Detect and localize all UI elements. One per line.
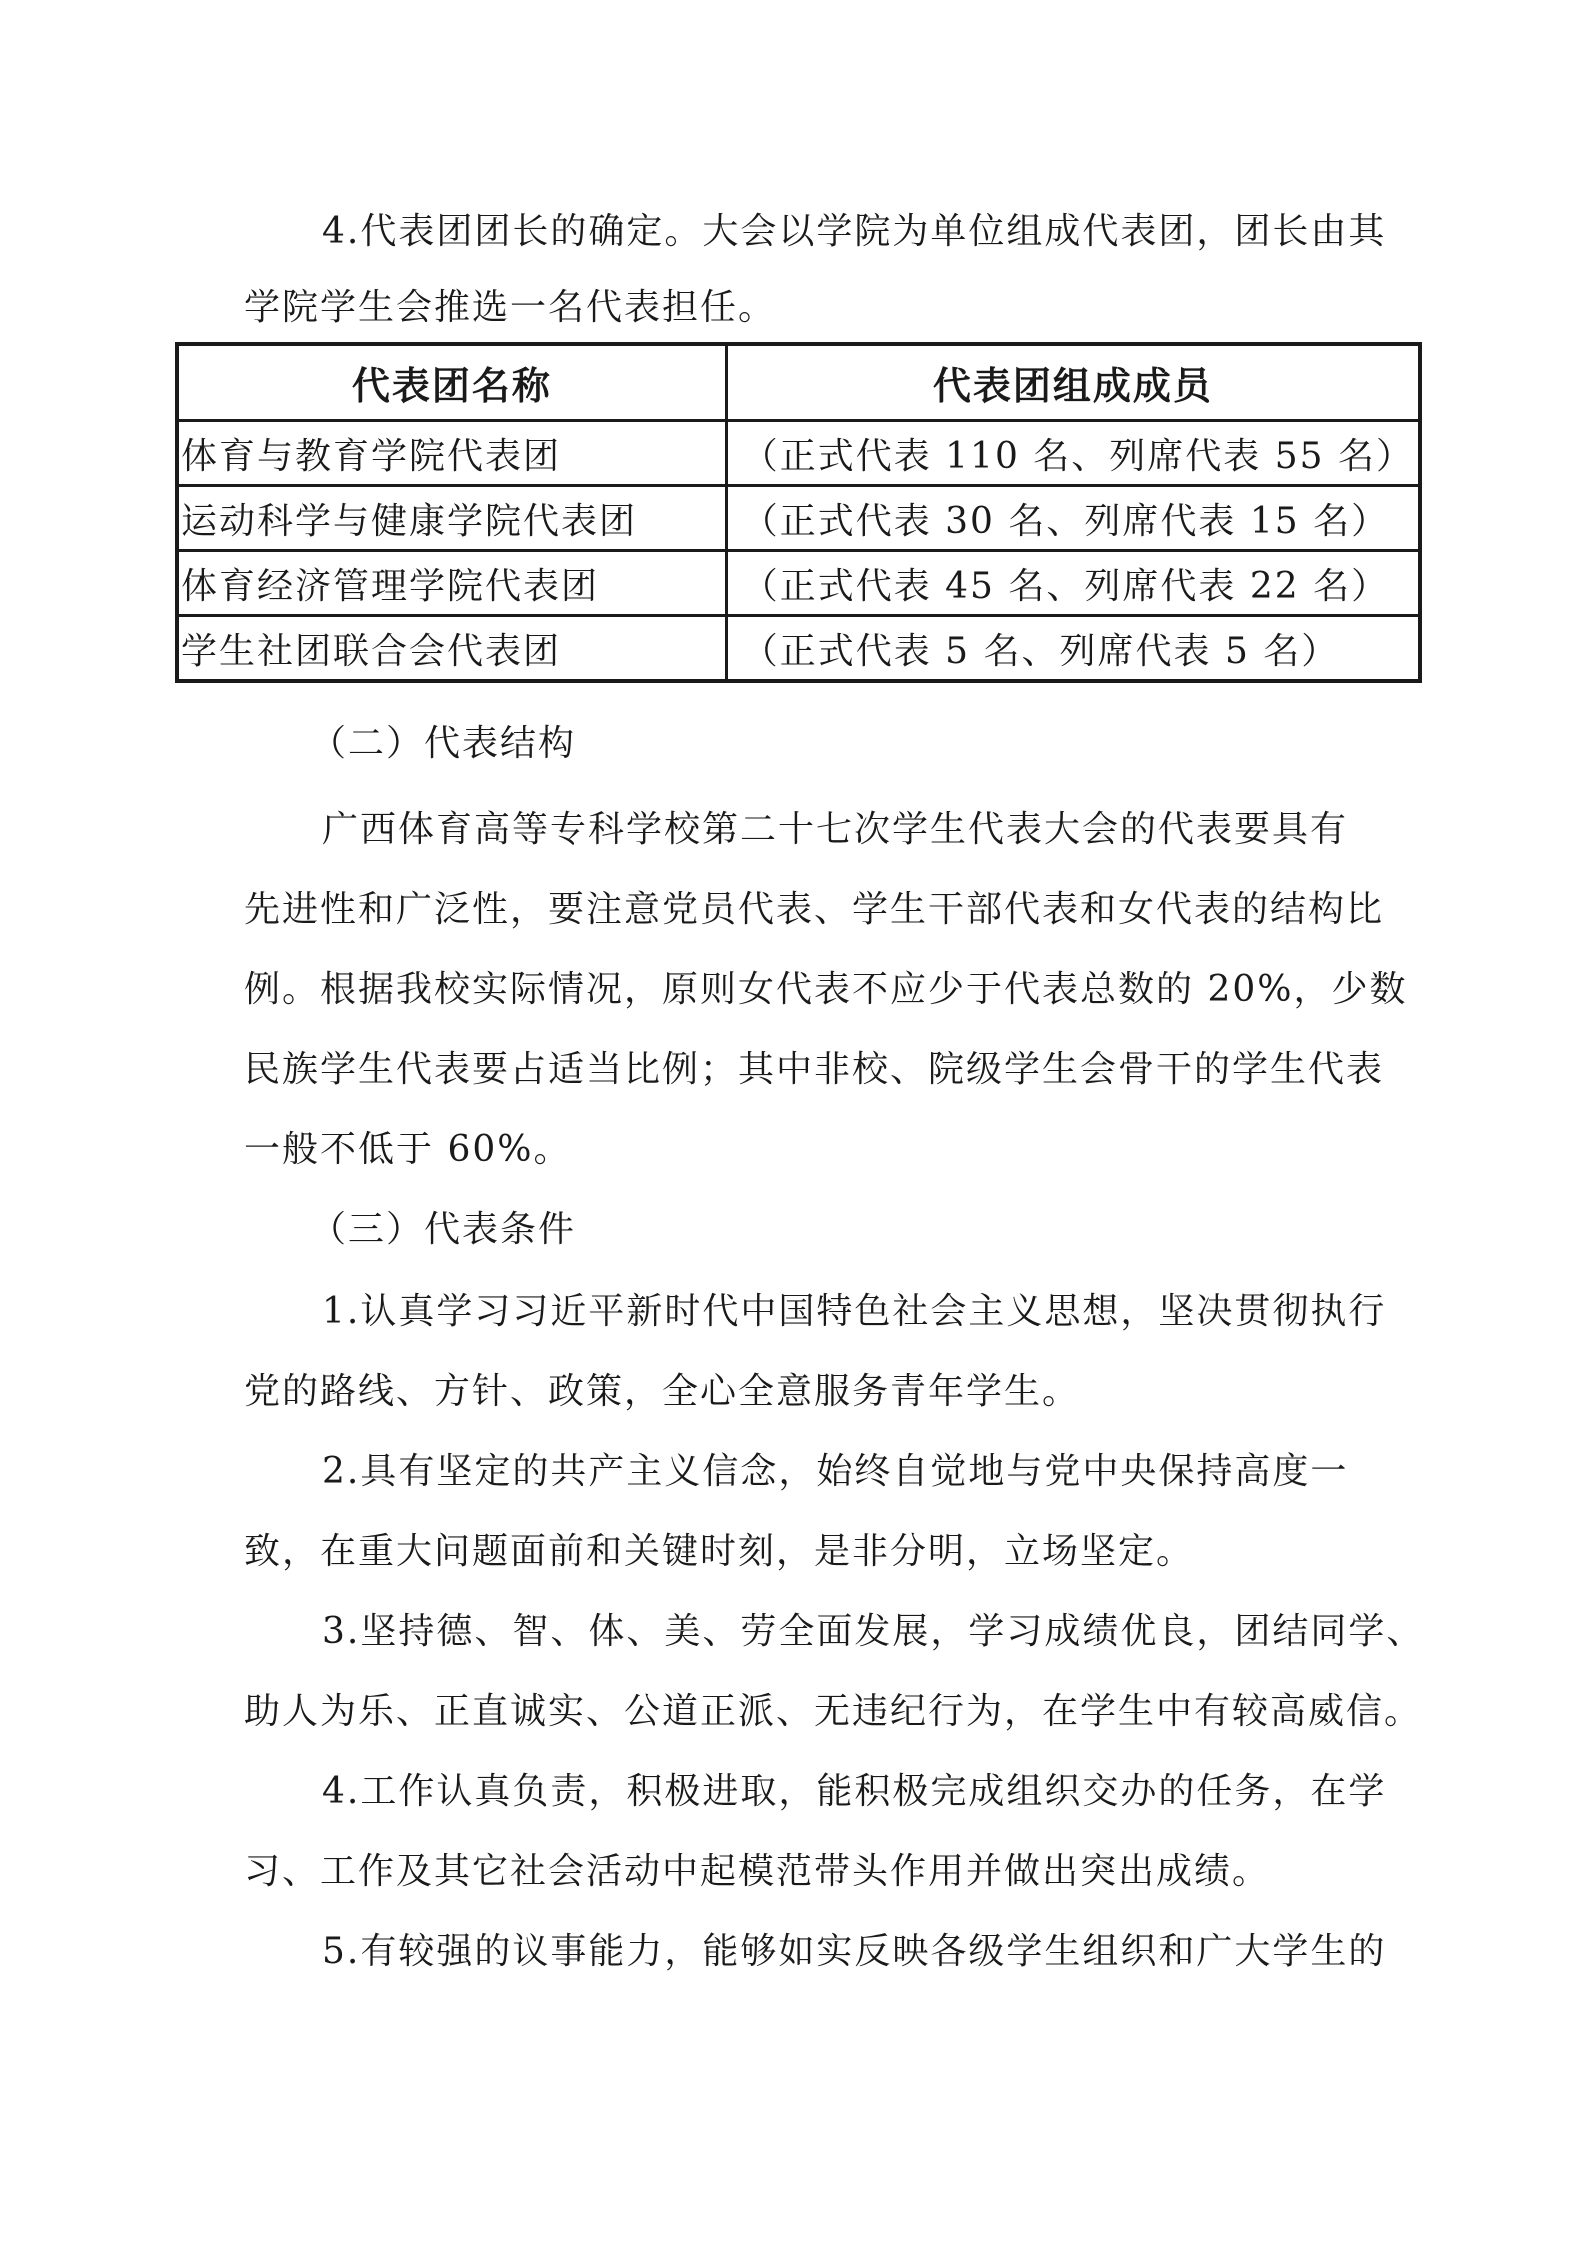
delegation-members: （正式代表 45 名、列席代表 22 名） xyxy=(726,551,1420,616)
table-row: 体育与教育学院代表团 （正式代表 110 名、列席代表 55 名） xyxy=(177,421,1420,486)
column-header-delegation-members: 代表团组成成员 xyxy=(726,344,1420,421)
section-heading-structure: （二）代表结构 xyxy=(310,722,576,766)
delegation-name: 体育与教育学院代表团 xyxy=(177,421,726,486)
condition-line: 4.工作认真负责，积极进取，能积极完成组织交办的任务，在学 xyxy=(322,1770,1386,1814)
condition-line: 党的路线、方针、政策，全心全意服务青年学生。 xyxy=(244,1370,1080,1414)
delegation-members: （正式代表 30 名、列席代表 15 名） xyxy=(726,486,1420,551)
delegation-name: 运动科学与健康学院代表团 xyxy=(177,486,726,551)
paragraph-line: 一般不低于 60%。 xyxy=(244,1128,571,1172)
paragraph-delegation-leader-line2: 学院学生会推选一名代表担任。 xyxy=(244,286,776,330)
section-heading-conditions: （三）代表条件 xyxy=(310,1208,576,1252)
table-header-row: 代表团名称 代表团组成成员 xyxy=(177,344,1420,421)
condition-line: 3.坚持德、智、体、美、劳全面发展，学习成绩优良，团结同学、 xyxy=(322,1610,1424,1654)
delegation-table: 代表团名称 代表团组成成员 体育与教育学院代表团 （正式代表 110 名、列席代… xyxy=(175,342,1422,683)
delegation-members: （正式代表 5 名、列席代表 5 名） xyxy=(726,616,1420,682)
condition-line: 助人为乐、正直诚实、公道正派、无违纪行为，在学生中有较高威信。 xyxy=(244,1690,1422,1734)
table-row: 体育经济管理学院代表团 （正式代表 45 名、列席代表 22 名） xyxy=(177,551,1420,616)
condition-line: 1.认真学习习近平新时代中国特色社会主义思想，坚决贯彻执行 xyxy=(322,1290,1386,1334)
paragraph-line: 广西体育高等专科学校第二十七次学生代表大会的代表要具有 xyxy=(322,808,1348,852)
paragraph-line: 民族学生代表要占适当比例；其中非校、院级学生会骨干的学生代表 xyxy=(244,1048,1384,1092)
delegation-name: 学生社团联合会代表团 xyxy=(177,616,726,682)
condition-line: 2.具有坚定的共产主义信念，始终自觉地与党中央保持高度一 xyxy=(322,1450,1348,1494)
condition-line: 致，在重大问题面前和关键时刻，是非分明，立场坚定。 xyxy=(244,1530,1194,1574)
table-row: 运动科学与健康学院代表团 （正式代表 30 名、列席代表 15 名） xyxy=(177,486,1420,551)
paragraph-line: 例。根据我校实际情况，原则女代表不应少于代表总数的 20%，少数 xyxy=(244,968,1407,1012)
condition-line: 习、工作及其它社会活动中起模范带头作用并做出突出成绩。 xyxy=(244,1850,1270,1894)
delegation-name: 体育经济管理学院代表团 xyxy=(177,551,726,616)
table-row: 学生社团联合会代表团 （正式代表 5 名、列席代表 5 名） xyxy=(177,616,1420,682)
column-header-delegation-name: 代表团名称 xyxy=(177,344,726,421)
delegation-members: （正式代表 110 名、列席代表 55 名） xyxy=(726,421,1420,486)
paragraph-delegation-leader-line1: 4.代表团团长的确定。大会以学院为单位组成代表团，团长由其 xyxy=(322,210,1386,254)
paragraph-line: 先进性和广泛性，要注意党员代表、学生干部代表和女代表的结构比 xyxy=(244,888,1384,932)
condition-line: 5.有较强的议事能力，能够如实反映各级学生组织和广大学生的 xyxy=(322,1930,1386,1974)
